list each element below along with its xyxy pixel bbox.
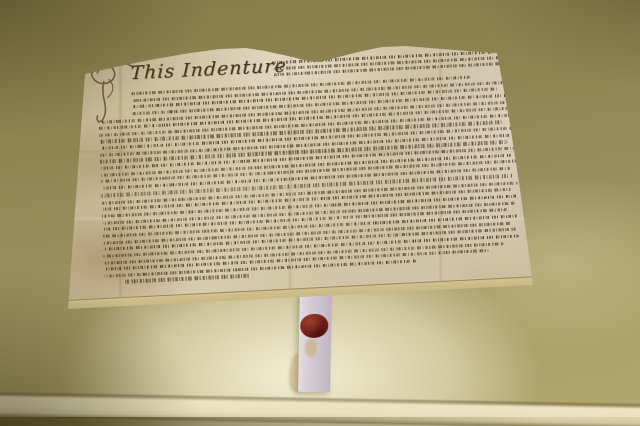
parchment-document: This Indenture: [60, 40, 545, 315]
manuscript-lines: [95, 74, 520, 288]
seal-tag: [298, 293, 332, 393]
floor-shadow: [0, 417, 640, 426]
wax-seal: [300, 314, 328, 338]
photo-scene: This Indenture: [0, 0, 640, 426]
document-content: This Indenture: [94, 44, 523, 290]
wax-smudge: [305, 339, 317, 357]
